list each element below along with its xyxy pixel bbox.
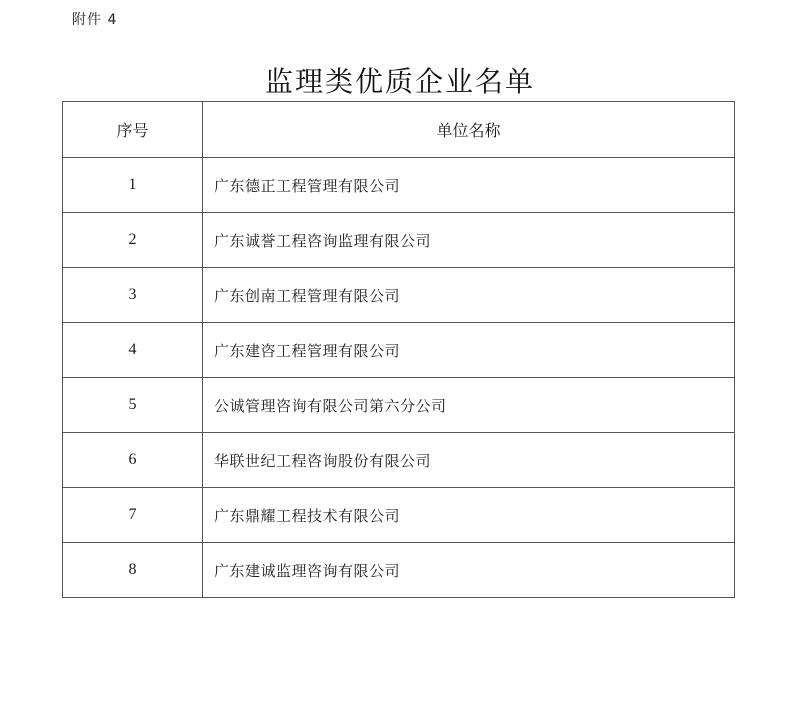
header-company-name: 单位名称 — [203, 102, 735, 158]
row-company-name: 广东建诚监理咨询有限公司 — [203, 543, 735, 598]
row-serial-number: 6 — [63, 433, 203, 488]
row-company-name: 广东创南工程管理有限公司 — [203, 268, 735, 323]
table-row: 5 公诚管理咨询有限公司第六分公司 — [63, 378, 735, 433]
table-row: 8 广东建诚监理咨询有限公司 — [63, 543, 735, 598]
row-serial-number: 3 — [63, 268, 203, 323]
enterprise-list-table: 序号 单位名称 1 广东德正工程管理有限公司 2 广东诚誉工程咨询监理有限公司 … — [62, 101, 735, 598]
row-serial-number: 8 — [63, 543, 203, 598]
table-header-row: 序号 单位名称 — [63, 102, 735, 158]
row-company-name: 广东诚誉工程咨询监理有限公司 — [203, 213, 735, 268]
row-serial-number: 1 — [63, 158, 203, 213]
row-company-name: 广东建咨工程管理有限公司 — [203, 323, 735, 378]
table-row: 3 广东创南工程管理有限公司 — [63, 268, 735, 323]
table-row: 1 广东德正工程管理有限公司 — [63, 158, 735, 213]
row-serial-number: 4 — [63, 323, 203, 378]
row-company-name: 华联世纪工程咨询股份有限公司 — [203, 433, 735, 488]
row-company-name: 广东鼎耀工程技术有限公司 — [203, 488, 735, 543]
row-company-name: 广东德正工程管理有限公司 — [203, 158, 735, 213]
header-serial-number: 序号 — [63, 102, 203, 158]
table-row: 4 广东建咨工程管理有限公司 — [63, 323, 735, 378]
row-company-name: 公诚管理咨询有限公司第六分公司 — [203, 378, 735, 433]
table-row: 7 广东鼎耀工程技术有限公司 — [63, 488, 735, 543]
row-serial-number: 2 — [63, 213, 203, 268]
row-serial-number: 7 — [63, 488, 203, 543]
table-row: 6 华联世纪工程咨询股份有限公司 — [63, 433, 735, 488]
attachment-label: 附件 4 — [72, 9, 117, 29]
document-title: 监理类优质企业名单 — [0, 60, 800, 100]
row-serial-number: 5 — [63, 378, 203, 433]
table-row: 2 广东诚誉工程咨询监理有限公司 — [63, 213, 735, 268]
